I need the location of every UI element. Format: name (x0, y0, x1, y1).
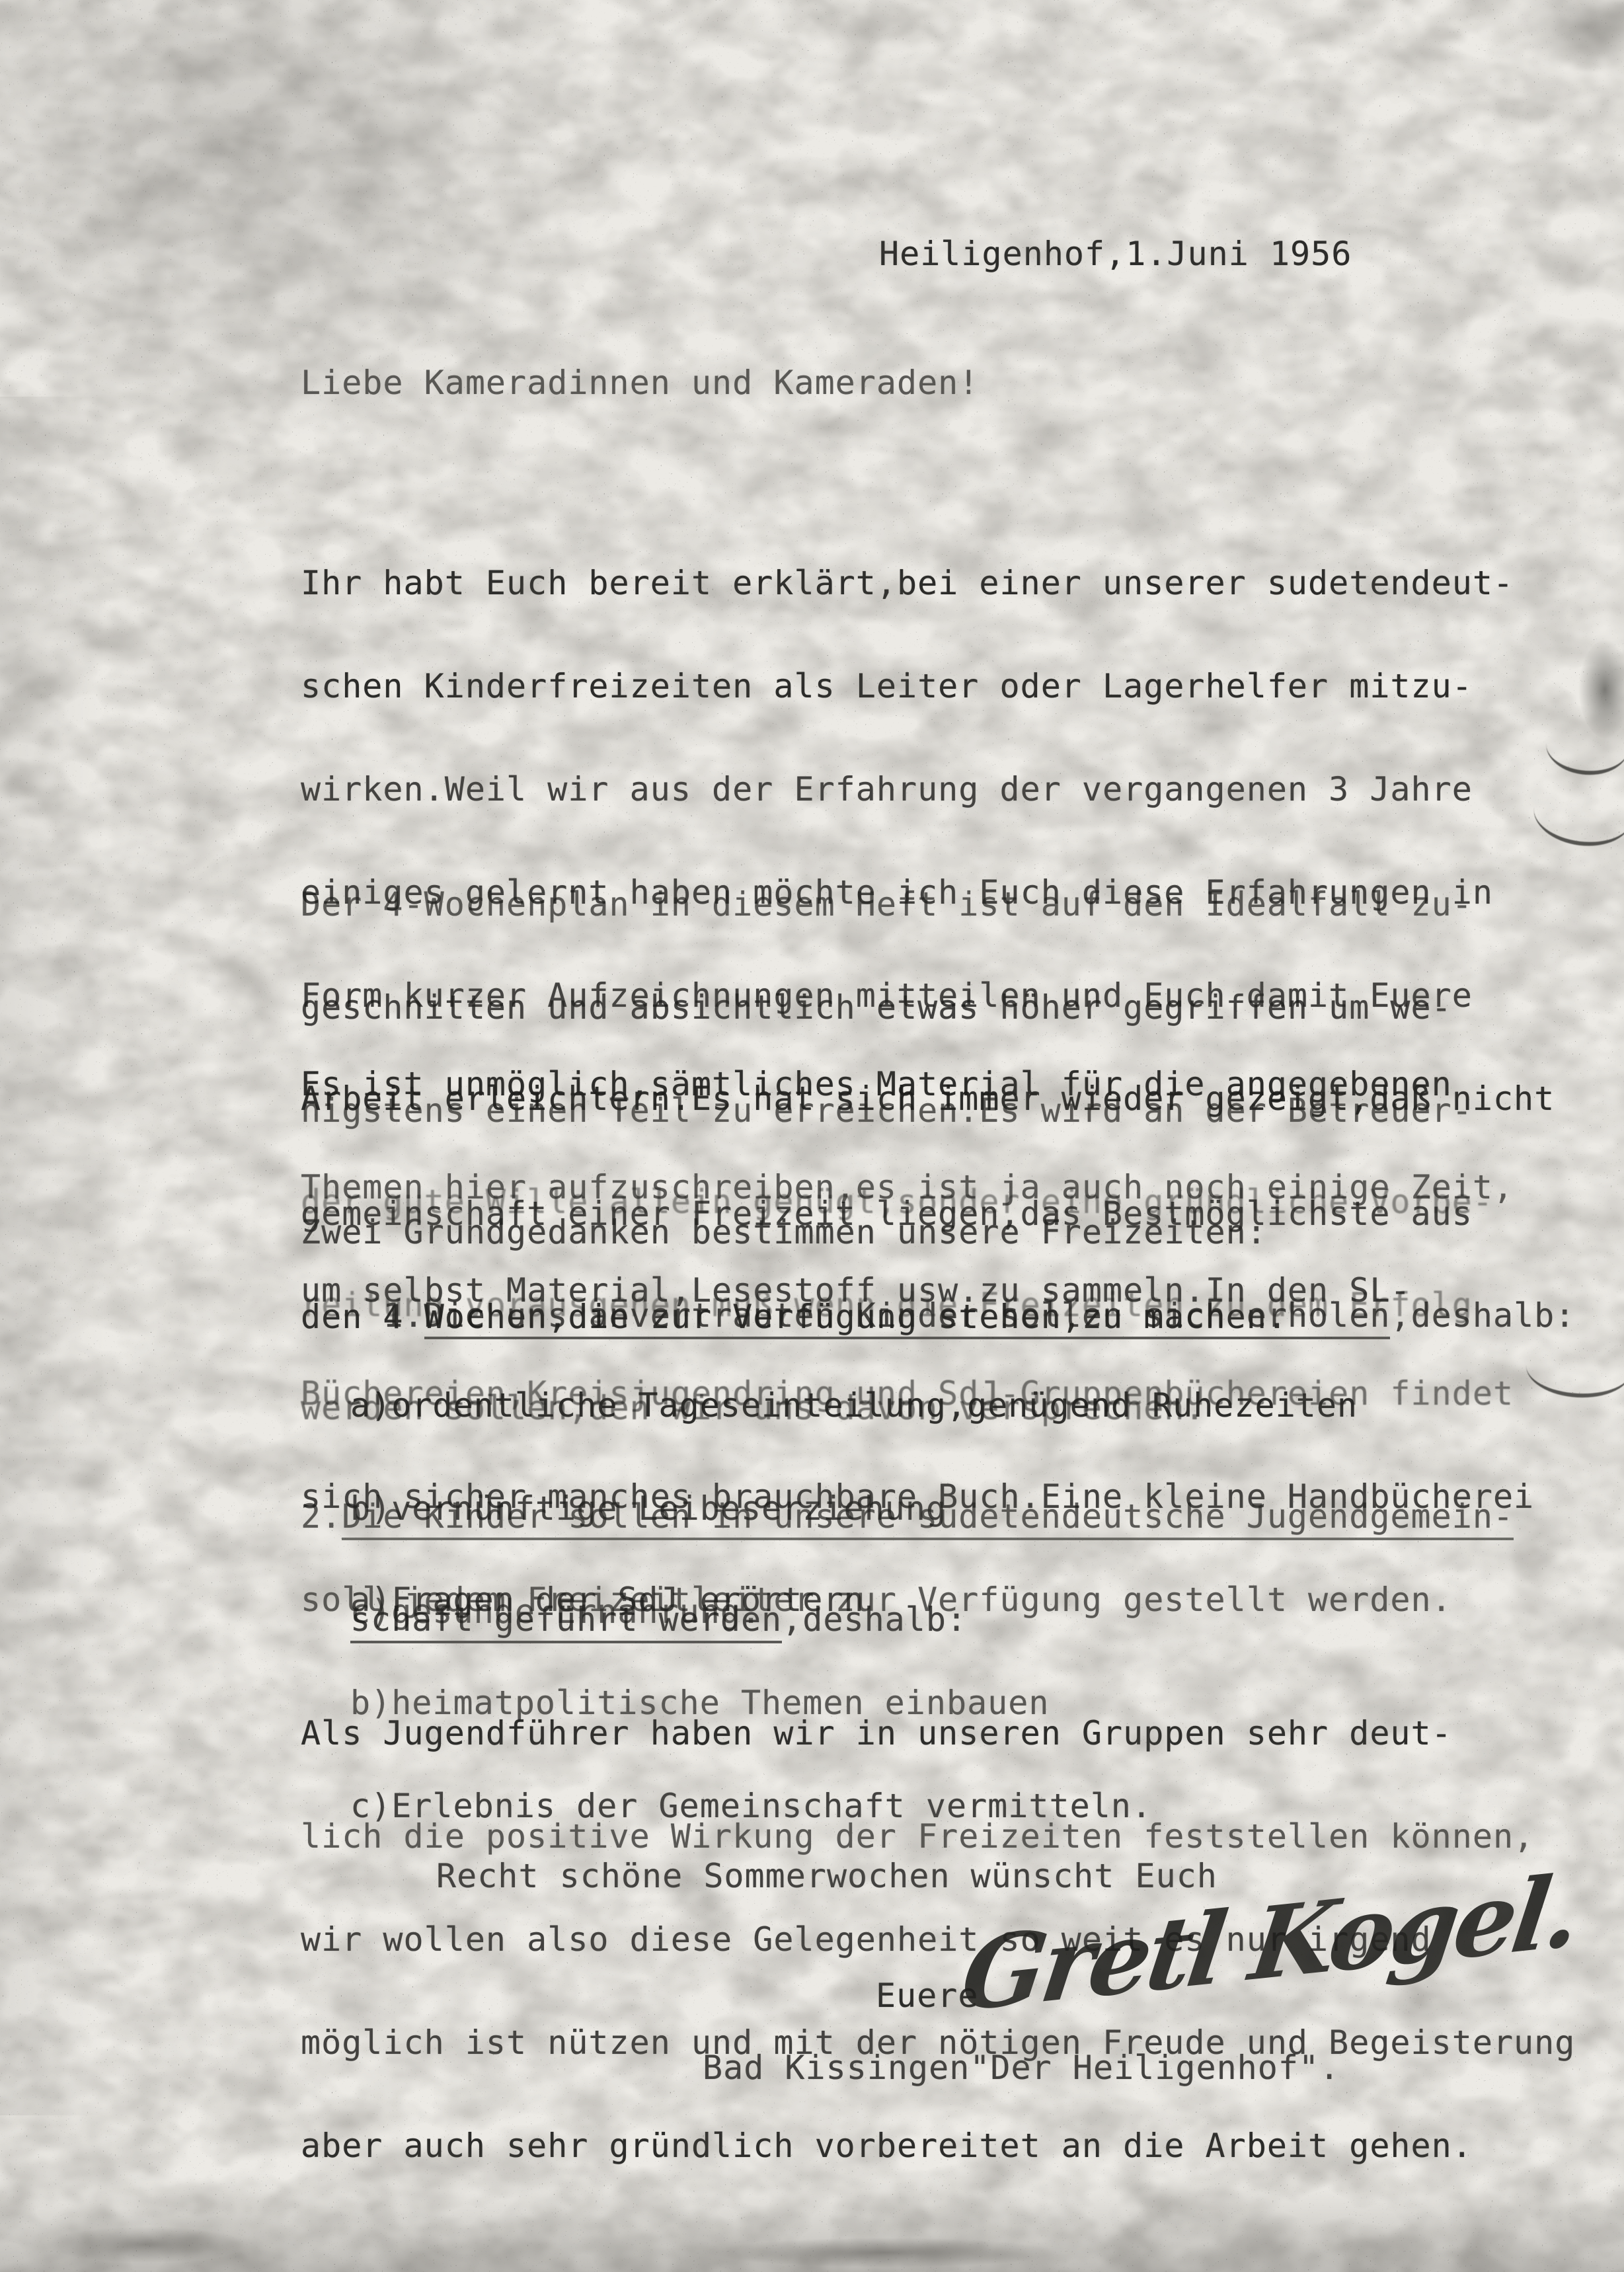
dateline: Heiligenhof,1.Juni 1956 (879, 237, 1352, 271)
principles-intro: Zwei Grundgedanken bestimmen unsere Frei… (301, 1215, 1267, 1249)
typed-line: wirken.Weil wir aus der Erfahrung der ve… (301, 772, 1555, 806)
sub-item: a)ordentliche Tageseinteilung,genügend R… (350, 1388, 1358, 1423)
sub-item: a)Fragen der SdJ erörtern (350, 1583, 1152, 1617)
item-rest-text: ,deshalb: (1390, 1296, 1575, 1335)
typed-line: aber auch sehr gründlich vorbereitet an … (301, 2129, 1575, 2163)
scan-shadow-left (0, 397, 106, 2115)
paper-smudge (714, 2238, 1058, 2267)
typed-line: Der 4-Wochenplan in diesem Heft ist auf … (301, 887, 1473, 921)
typed-line: Als Jugendführer haben wir in unseren Gr… (301, 1716, 1575, 1750)
item-number: 2. (301, 1497, 342, 1536)
farewell-line: Recht schöne Sommerwochen wünscht Euch (436, 1859, 1218, 1893)
paper-stain (1578, 640, 1624, 739)
salutation: Liebe Kameradinnen und Kameraden! (301, 366, 979, 400)
typed-line: Themen hier aufzuschreiben,es ist ja auc… (301, 1170, 1534, 1204)
typed-line: schen Kinderfreizeiten als Leiter oder L… (301, 669, 1555, 703)
typed-line: Es ist unmöglich,sämtliches Material für… (301, 1067, 1534, 1101)
scan-shadow-topright (1514, 0, 1624, 73)
paper-crease (1544, 736, 1624, 778)
typed-line: Ihr habt Euch bereit erklärt,bei einer u… (301, 566, 1555, 600)
scanned-letter-page: Heiligenhof,1.Juni 1956 Liebe Kameradinn… (0, 0, 1624, 2272)
paper-smudge (46, 2226, 245, 2263)
signoff-line: Bad Kissingen"Der Heiligenhof". (703, 2051, 1340, 2085)
typed-line: lich die positive Wirkung der Freizeiten… (301, 1819, 1575, 1854)
